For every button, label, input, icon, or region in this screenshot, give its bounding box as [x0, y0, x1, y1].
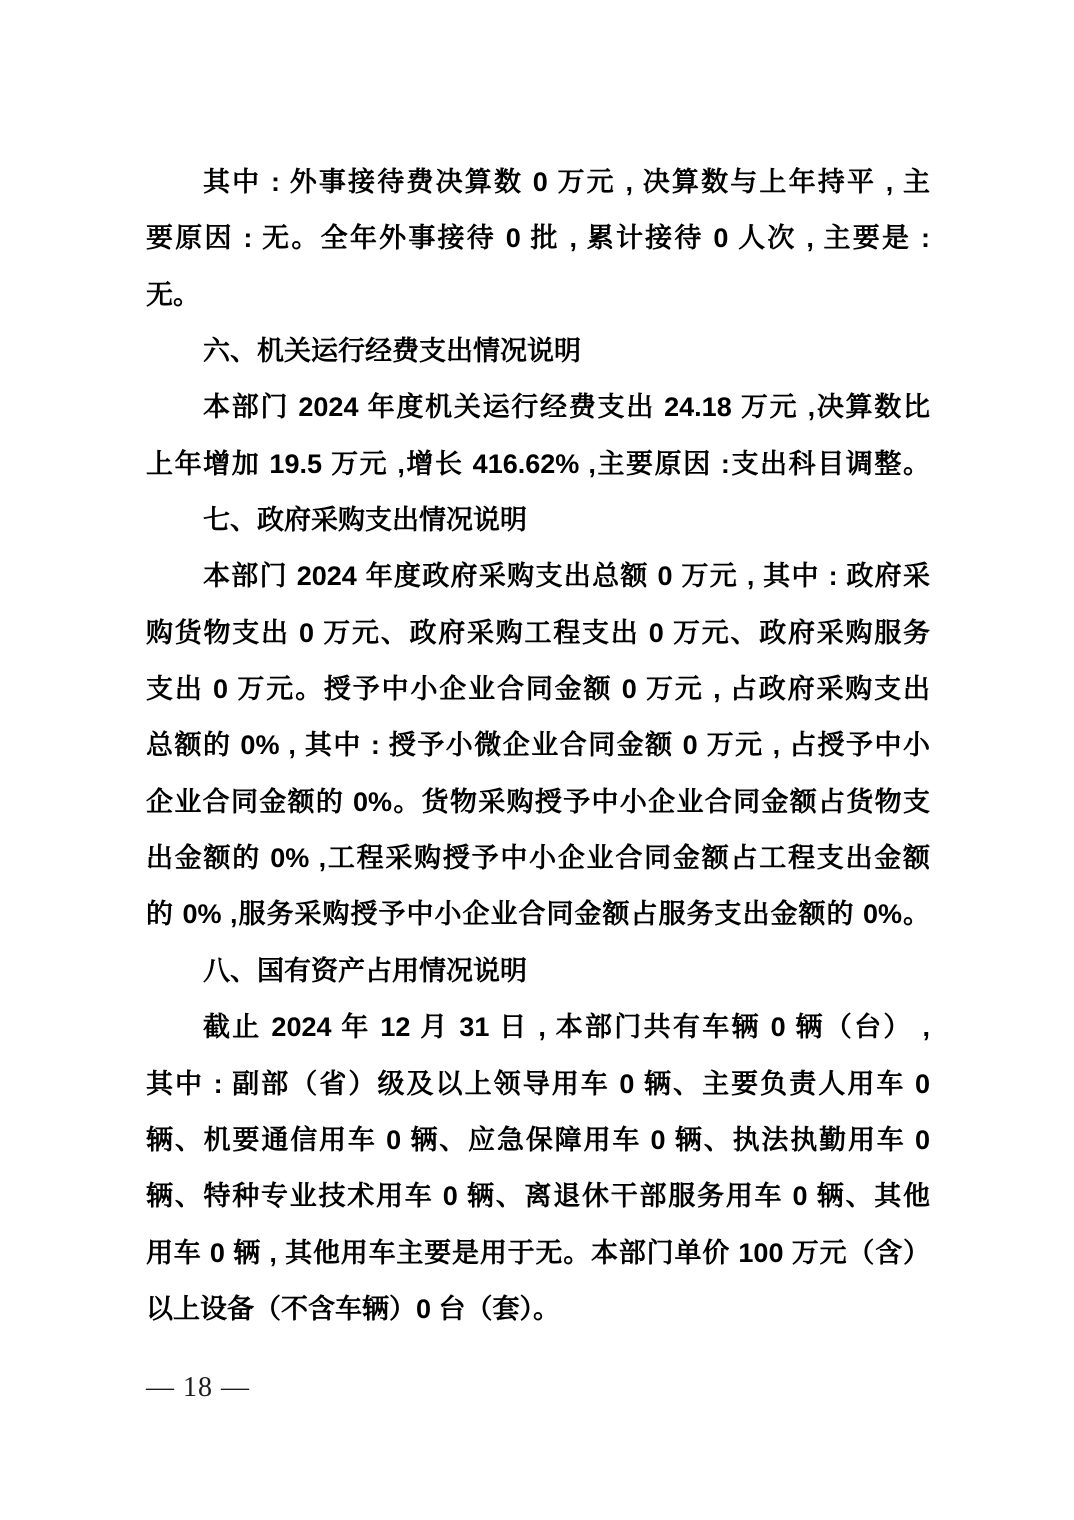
text-line: 购货物支出 0 万元、政府采购工程支出 0 万元、政府采购服务 — [146, 605, 930, 661]
section-heading-line: 六、机关运行经费支出情况说明 — [146, 323, 930, 379]
text-line: 上年增加 19.5 万元 ,增长 416.62% ,主要原因 :支出科目调整。 — [146, 436, 930, 492]
text-line: 其中 : 副部（省）级及以上领导用车 0 辆、主要负责人用车 0 — [146, 1056, 930, 1112]
text-line: 出金额的 0% ,工程采购授予中小企业合同金额占工程支出金额 — [146, 830, 930, 886]
section-heading-line: 八、国有资产占用情况说明 — [146, 943, 930, 999]
section-heading-operating-expenses: 六、机关运行经费支出情况说明 — [146, 323, 930, 379]
section-heading-government-procurement: 七、政府采购支出情况说明 — [146, 492, 930, 548]
page-body-text: 其中 : 外事接待费决算数 0 万元 , 决算数与上年持平 , 主 要原因 : … — [146, 154, 930, 1337]
page-footer: — 18 — — [146, 1368, 250, 1408]
paragraph-state-assets: 截止 2024 年 12 月 31 日 , 本部门共有车辆 0 辆（台） , 其… — [146, 999, 930, 1337]
text-line: 其中 : 外事接待费决算数 0 万元 , 决算数与上年持平 , 主 — [146, 154, 930, 210]
paragraph-government-procurement: 本部门 2024 年度政府采购支出总额 0 万元 , 其中 : 政府采 购货物支… — [146, 548, 930, 942]
paragraph-foreign-affairs-reception: 其中 : 外事接待费决算数 0 万元 , 决算数与上年持平 , 主 要原因 : … — [146, 154, 930, 323]
text-line: 辆、特种专业技术用车 0 辆、离退休干部服务用车 0 辆、其他 — [146, 1168, 930, 1224]
text-line: 支出 0 万元。授予中小企业合同金额 0 万元 , 占政府采购支出 — [146, 661, 930, 717]
text-line: 截止 2024 年 12 月 31 日 , 本部门共有车辆 0 辆（台） , — [146, 999, 930, 1055]
text-line: 总额的 0% , 其中 : 授予小微企业合同金额 0 万元 , 占授予中小 — [146, 717, 930, 773]
text-line: 辆、机要通信用车 0 辆、应急保障用车 0 辆、执法执勤用车 0 — [146, 1112, 930, 1168]
paragraph-operating-expenses: 本部门 2024 年度机关运行经费支出 24.18 万元 ,决算数比 上年增加 … — [146, 379, 930, 492]
text-line: 企业合同金额的 0%。货物采购授予中小企业合同金额占货物支 — [146, 774, 930, 830]
text-line: 用车 0 辆 , 其他用车主要是用于无。本部门单价 100 万元（含） — [146, 1225, 930, 1281]
text-line: 本部门 2024 年度政府采购支出总额 0 万元 , 其中 : 政府采 — [146, 548, 930, 604]
text-line: 无。 — [146, 267, 930, 323]
section-heading-line: 七、政府采购支出情况说明 — [146, 492, 930, 548]
section-heading-state-assets: 八、国有资产占用情况说明 — [146, 943, 930, 999]
page-number: — 18 — — [146, 1372, 250, 1403]
text-line: 的 0% ,服务采购授予中小企业合同金额占服务支出金额的 0%。 — [146, 886, 930, 942]
text-line: 要原因 : 无。全年外事接待 0 批 , 累计接待 0 人次 , 主要是 : — [146, 210, 930, 266]
text-line: 以上设备（不含车辆）0 台（套）。 — [146, 1281, 930, 1337]
document-page: 其中 : 外事接待费决算数 0 万元 , 决算数与上年持平 , 主 要原因 : … — [0, 0, 1074, 1520]
text-line: 本部门 2024 年度机关运行经费支出 24.18 万元 ,决算数比 — [146, 379, 930, 435]
